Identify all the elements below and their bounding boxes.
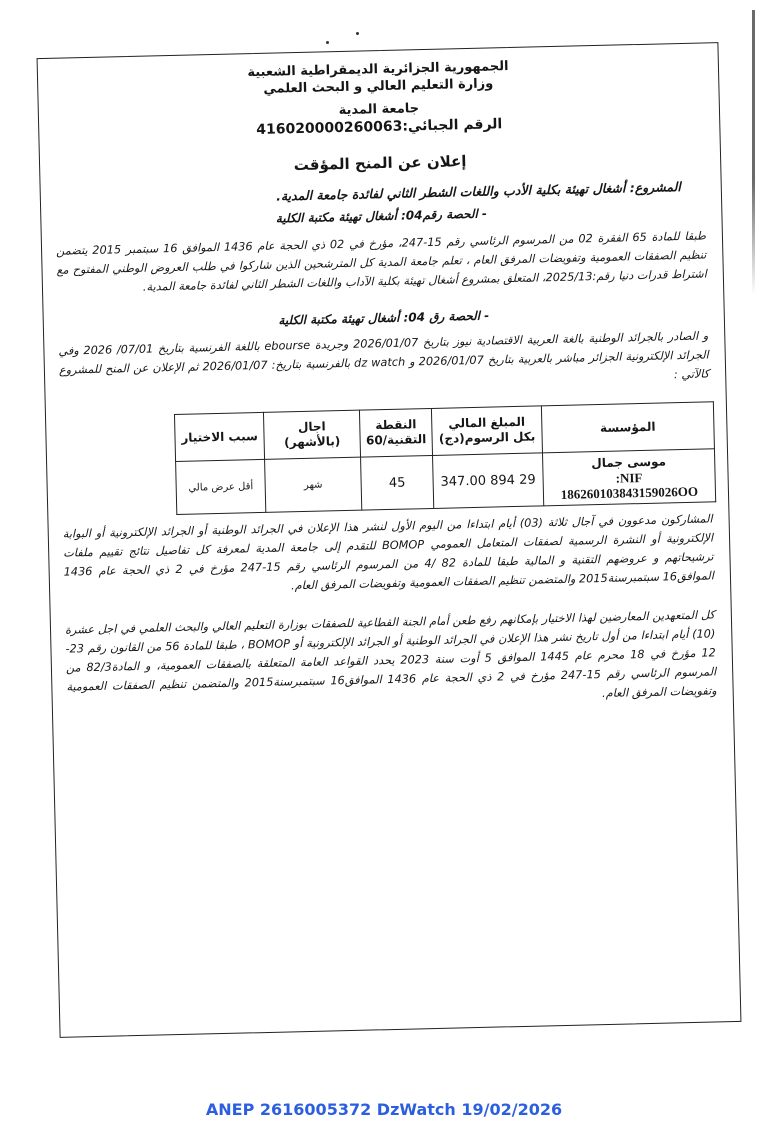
paragraph-appeals: كل المتعهدين المعارضين لهذا الاختيار بإم… — [65, 605, 717, 715]
scan-edge-strip — [752, 10, 755, 295]
header-score: النقطة التقنية/60 — [359, 408, 432, 457]
paragraph-participants: المشاركون مدعوون في آجال ثلاثة (03) أيام… — [63, 509, 715, 600]
header-reason: سبب الاختيار — [174, 412, 264, 461]
tax-id-label: الرقم الجبائي: — [402, 116, 502, 134]
header-institution: المؤسسة — [541, 402, 714, 453]
cell-amount: 29 894 347.00 — [433, 453, 544, 509]
header-score-line2: التقنية/60 — [366, 432, 427, 447]
lot-line: - الحصة رقم04: أشغال تهيئة مكتبة الكلية — [41, 201, 721, 231]
tax-id-value: 416020000260063 — [256, 119, 402, 138]
nif-value: 186260103843159026OO — [545, 483, 714, 502]
score-value: 45 — [389, 475, 406, 490]
header-amount-line1: المبلغ المالي — [448, 415, 525, 431]
scan-speck — [326, 41, 329, 44]
paragraph-publication: و الصادر بالجرائد الوطنية بالغة العربية … — [58, 326, 709, 398]
paragraph-legal-basis: طبقا للمادة 65 الفقرة 02 من المرسوم الرئ… — [56, 226, 707, 298]
cell-reason: أقل عرض مالي — [176, 459, 266, 514]
table-row: موسى جمال NIF: 186260103843159026OO 29 8… — [176, 449, 716, 515]
document-body: الجمهورية الجزائرية الديمقراطية الشعبية … — [38, 43, 741, 1037]
award-table: المؤسسة المبلغ المالي بكل الرسوم(دج) الن… — [174, 401, 716, 515]
cell-score: 45 — [360, 455, 433, 510]
duration-value: شهر — [304, 480, 323, 491]
amount-value: 29 894 347.00 — [440, 472, 535, 489]
header-score-line1: النقطة — [375, 417, 416, 432]
header-amount-line2: بكل الرسوم(دج) — [439, 430, 536, 446]
header-duration: اجال (بالأشهر) — [264, 410, 361, 459]
project-line: المشروع: أشغال تهيئة بكلية الأدب واللغات… — [276, 179, 681, 204]
page-title: إعلان عن المنح المؤقت — [40, 146, 720, 180]
anep-reference-footer: ANEP 2616005372 DzWatch 19/02/2026 — [0, 1100, 768, 1119]
document-page: الجمهورية الجزائرية الديمقراطية الشعبية … — [37, 42, 742, 1038]
cell-institution: موسى جمال NIF: 186260103843159026OO — [542, 449, 715, 506]
header-duration-line1: اجال — [298, 419, 326, 434]
cell-duration: شهر — [265, 457, 362, 512]
header-amount: المبلغ المالي بكل الرسوم(دج) — [432, 406, 543, 456]
header-duration-line2: (بالأشهر) — [284, 434, 340, 449]
reason-value: أقل عرض مالي — [188, 481, 253, 494]
scan-speck — [356, 32, 359, 35]
